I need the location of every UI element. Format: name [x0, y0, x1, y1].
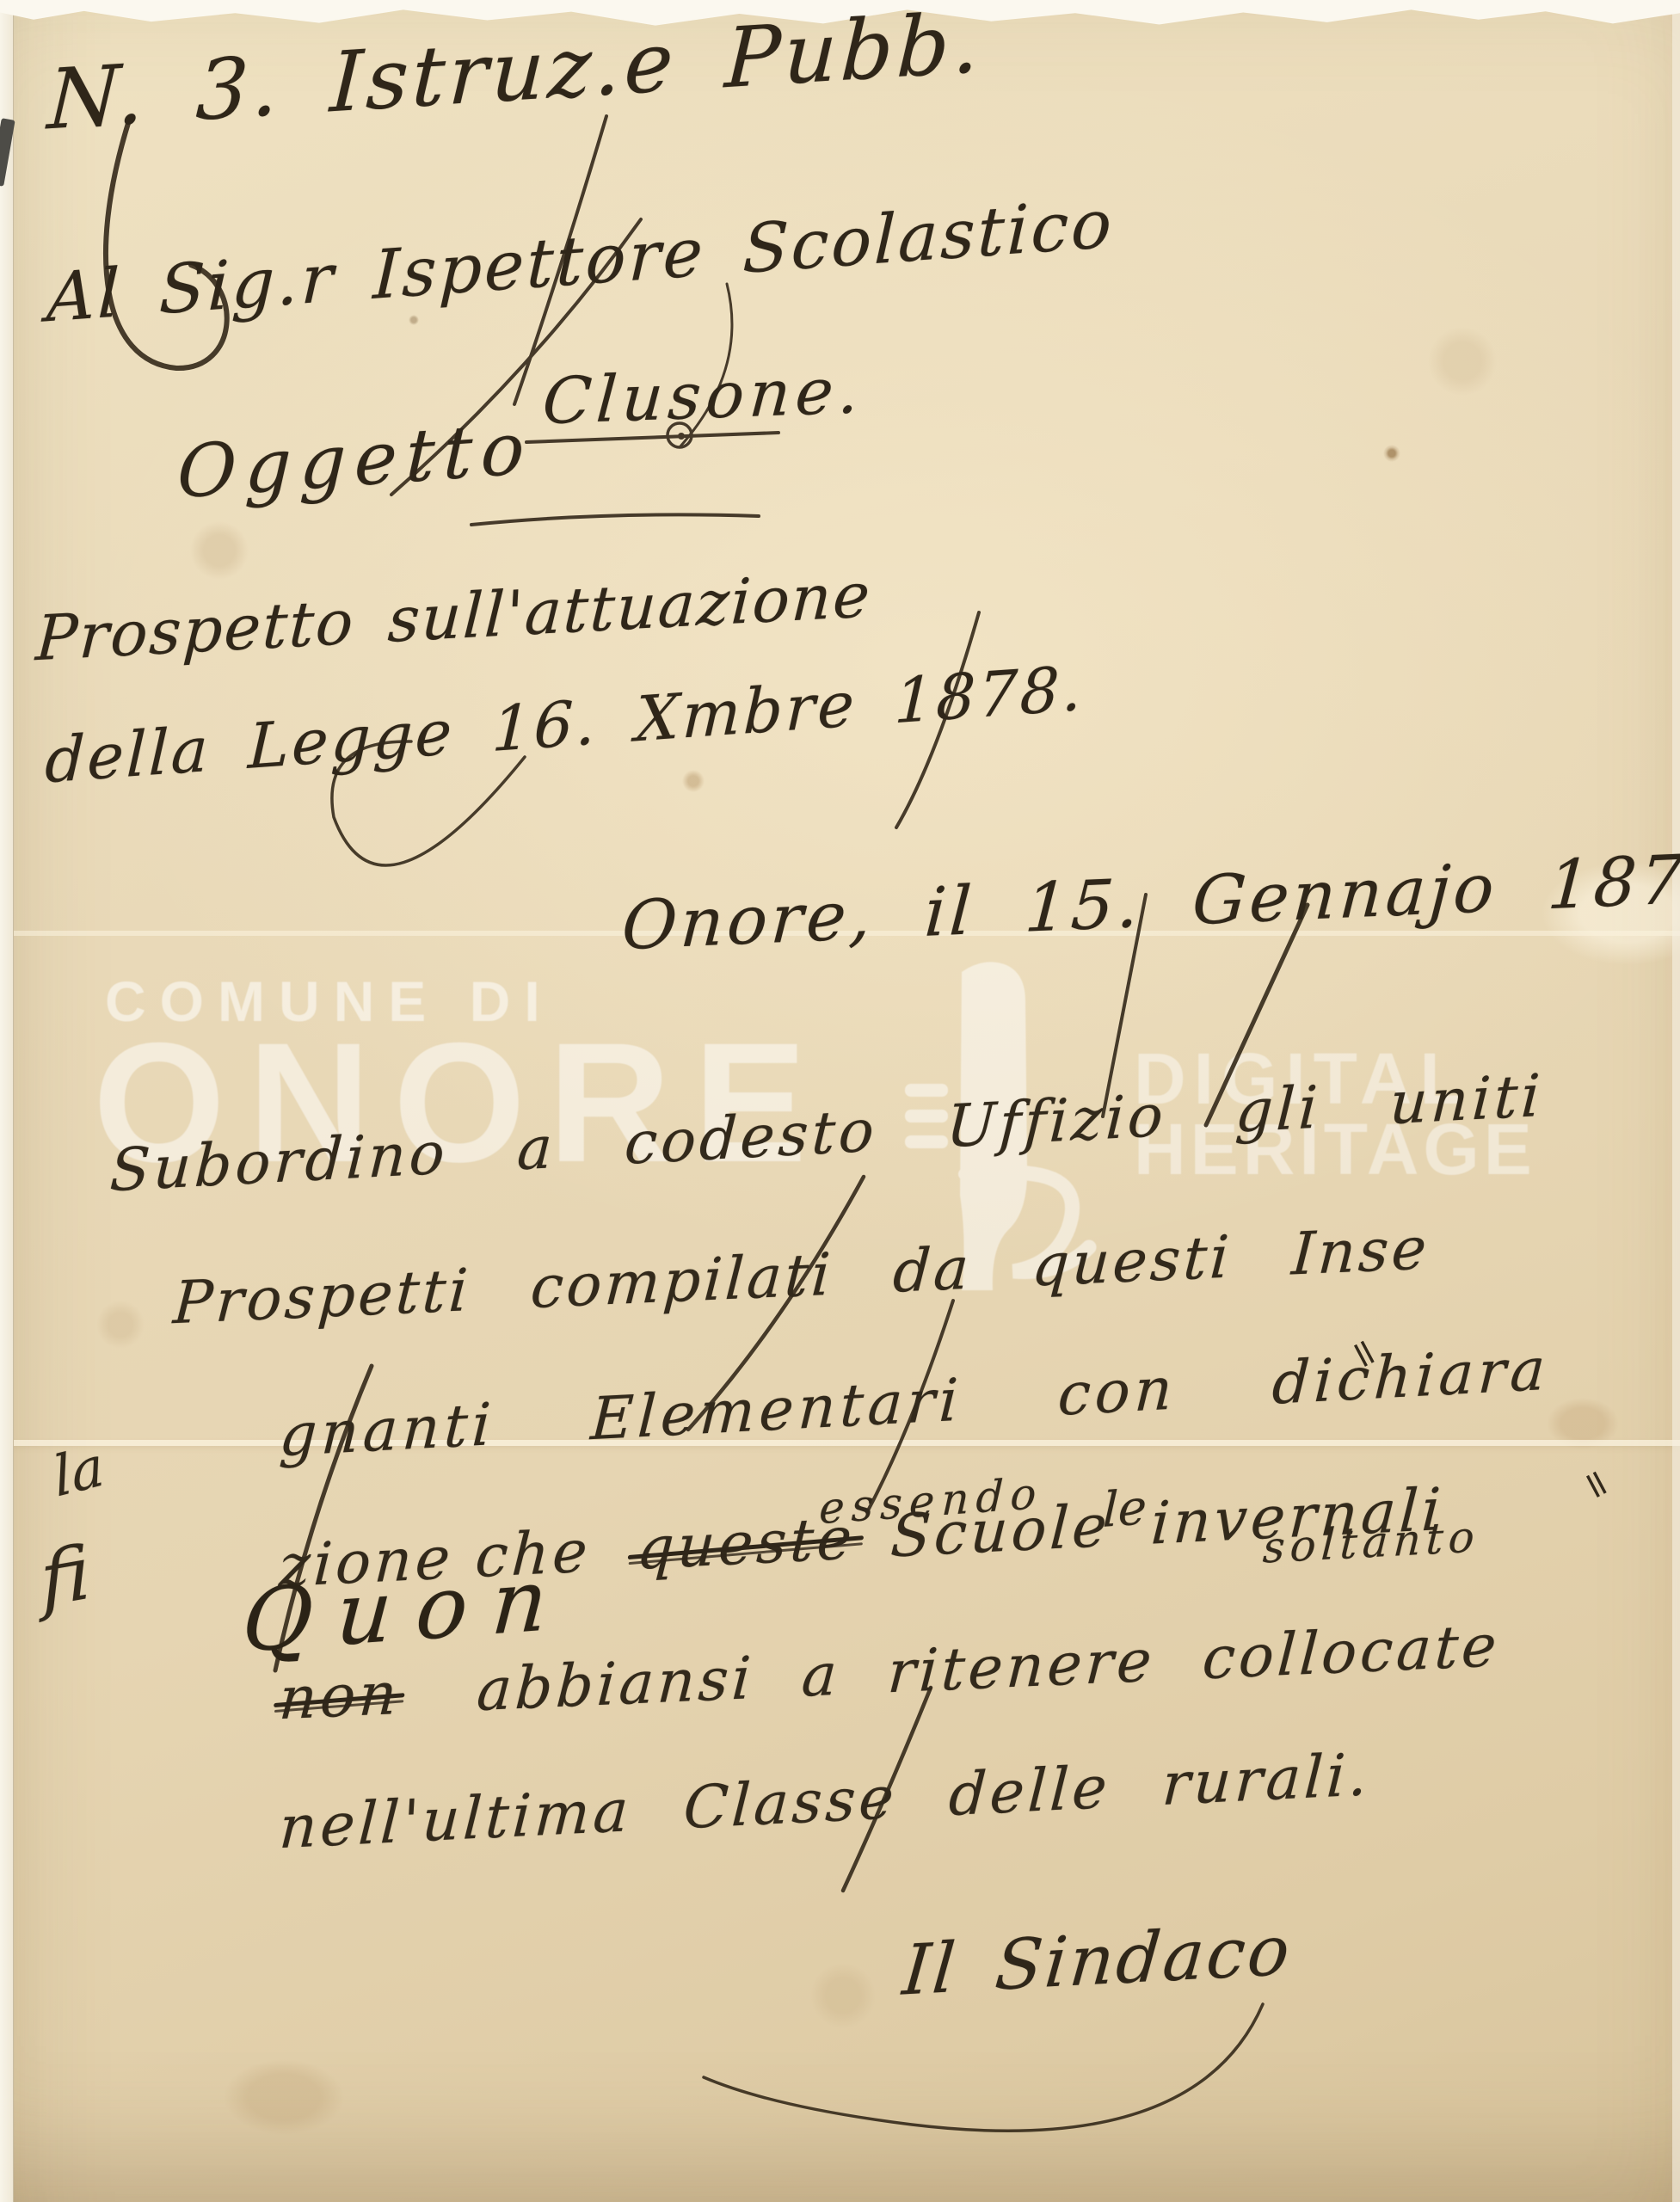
subject-line-2: della Legge 16. Xmbre 1878.: [44, 652, 1086, 797]
letter-page: COMUNE DI ONORE DIGITAL HERITAGE: [0, 0, 1680, 2202]
date-line: Onore, il 15. Gennajo 1878.: [619, 838, 1680, 965]
margin-note-1: la: [50, 1435, 108, 1510]
margin-note-2: fi: [38, 1529, 93, 1624]
addressee-place-line: Clusone.: [540, 354, 866, 439]
scan-edge-right: [1672, 0, 1680, 2202]
subject-label: Oggetto: [176, 405, 535, 514]
body-line-6: nell'ultima Classe delle rurali.: [278, 1741, 1373, 1862]
signature-il-sindaco: Il Sindaco: [900, 1910, 1295, 2010]
struck-word-non: non: [277, 1660, 402, 1733]
body-line-2: Prospetti compilati da questi Inse: [171, 1215, 1431, 1338]
continuation-mark: =: [1570, 1460, 1623, 1509]
body-line-3: gnanti Elementari con dichiara: [278, 1336, 1551, 1471]
inserted-word-soltanto: soltanto: [1262, 1511, 1481, 1572]
inserted-word-le: le: [1102, 1479, 1148, 1539]
scan-edge-left: [0, 0, 14, 2202]
addressee-line: Al Sig.r Ispettore Scolastico: [46, 185, 1116, 337]
protocol-number-line: N. 3. Istruz.e Pubb.: [46, 0, 985, 149]
subject-line-1: Prospetto sull'attuazione: [34, 558, 874, 674]
body-line-5-rest: abbiansi a ritenere collocate: [475, 1612, 1502, 1725]
